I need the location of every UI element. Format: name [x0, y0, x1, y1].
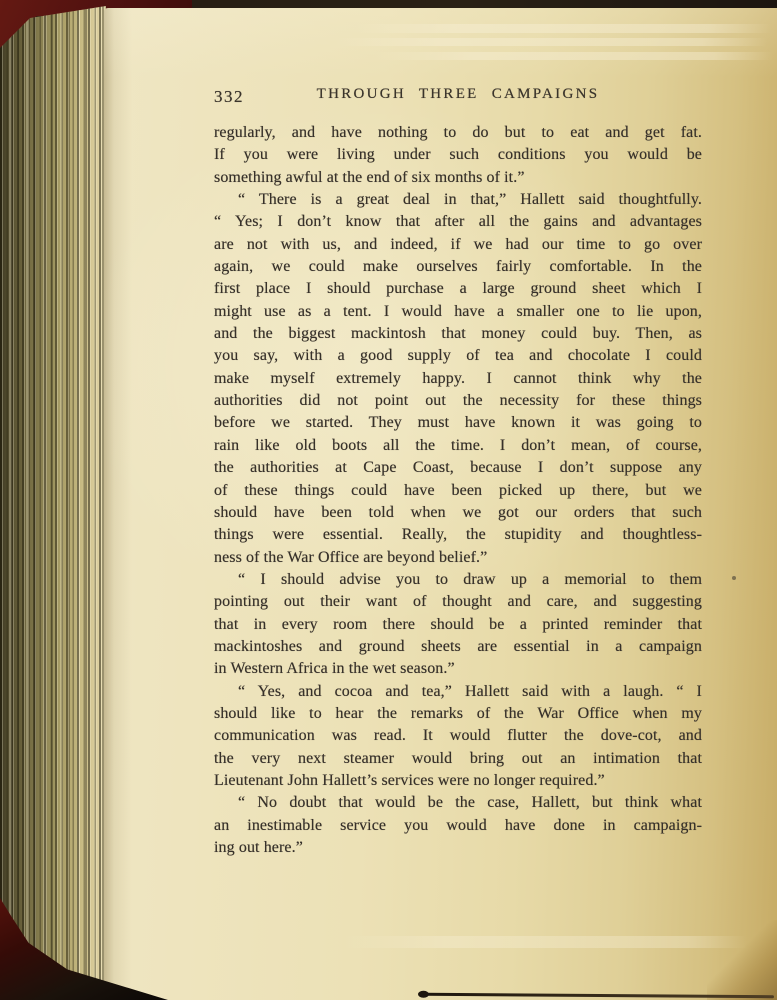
text-line: ness of the War Office are beyond belief… — [214, 547, 702, 569]
text-line: authorities did not point out the necess… — [214, 390, 702, 412]
page-header: 332 THROUGH THREE CAMPAIGNS — [214, 86, 702, 103]
text-line: the very next steamer would bring out an… — [214, 748, 702, 770]
text-line: “ Yes, and cocoa and tea,” Hallett said … — [214, 681, 702, 703]
scan-light-streak — [374, 52, 773, 60]
page-text-block: regularly, and have nothing to do but to… — [214, 122, 702, 859]
page-number: 332 — [214, 87, 244, 107]
text-line: might use as a tent. I would have a smal… — [214, 301, 702, 323]
text-line: and the biggest mackintosh that money co… — [214, 323, 702, 345]
text-line: ing out here.” — [214, 837, 702, 859]
text-line: rain like old boots all the time. I don’… — [214, 435, 702, 457]
running-header: THROUGH THREE CAMPAIGNS — [214, 86, 702, 103]
text-line: Lieutenant John Hallett’s services were … — [214, 770, 702, 792]
text-line: an inestimable service you would have do… — [214, 815, 702, 837]
text-line: before we started. They must have known … — [214, 412, 702, 434]
text-line: again, we could make ourselves fairly co… — [214, 256, 702, 278]
scan-light-streak — [344, 936, 747, 948]
text-line: first place I should purchase a large gr… — [214, 278, 702, 300]
text-line: “ No doubt that would be the case, Halle… — [214, 792, 702, 814]
text-line: of these things could have been picked u… — [214, 480, 702, 502]
text-line: “ I should advise you to draw up a memor… — [214, 569, 702, 591]
text-line: should like to hear the remarks of the W… — [214, 703, 702, 725]
scanned-book-photo: 332 THROUGH THREE CAMPAIGNS regularly, a… — [0, 0, 777, 1000]
text-line: “ There is a great deal in that,” Hallet… — [214, 189, 702, 211]
page-edges-stack — [0, 6, 106, 1000]
text-line: should have been told when we got our or… — [214, 502, 702, 524]
text-line: communication was read. It would flutter… — [214, 725, 702, 747]
text-line: the authorities at Cape Coast, because I… — [214, 457, 702, 479]
text-line: things were essential. Really, the stupi… — [214, 524, 702, 546]
scan-light-streak — [334, 38, 767, 46]
book-page: 332 THROUGH THREE CAMPAIGNS regularly, a… — [104, 8, 777, 1000]
text-line: something awful at the end of six months… — [214, 167, 702, 189]
text-line: pointing out their want of thought and c… — [214, 591, 702, 613]
text-line: mackintoshes and ground sheets are essen… — [214, 636, 702, 658]
text-line: in Western Africa in the wet season.” — [214, 658, 702, 680]
text-line: make myself extremely happy. I cannot th… — [214, 368, 702, 390]
page-corner-shading — [707, 920, 777, 1000]
text-line: you say, with a good supply of tea and c… — [214, 345, 702, 367]
scan-light-streak — [354, 24, 771, 33]
text-line: “ Yes; I don’t know that after all the g… — [214, 211, 702, 233]
page-speck — [732, 576, 736, 580]
text-line: that in every room there should be a pri… — [214, 614, 702, 636]
text-line: If you were living under such conditions… — [214, 144, 702, 166]
text-line: are not with us, and indeed, if we had o… — [214, 234, 702, 256]
text-line: regularly, and have nothing to do but to… — [214, 122, 702, 144]
